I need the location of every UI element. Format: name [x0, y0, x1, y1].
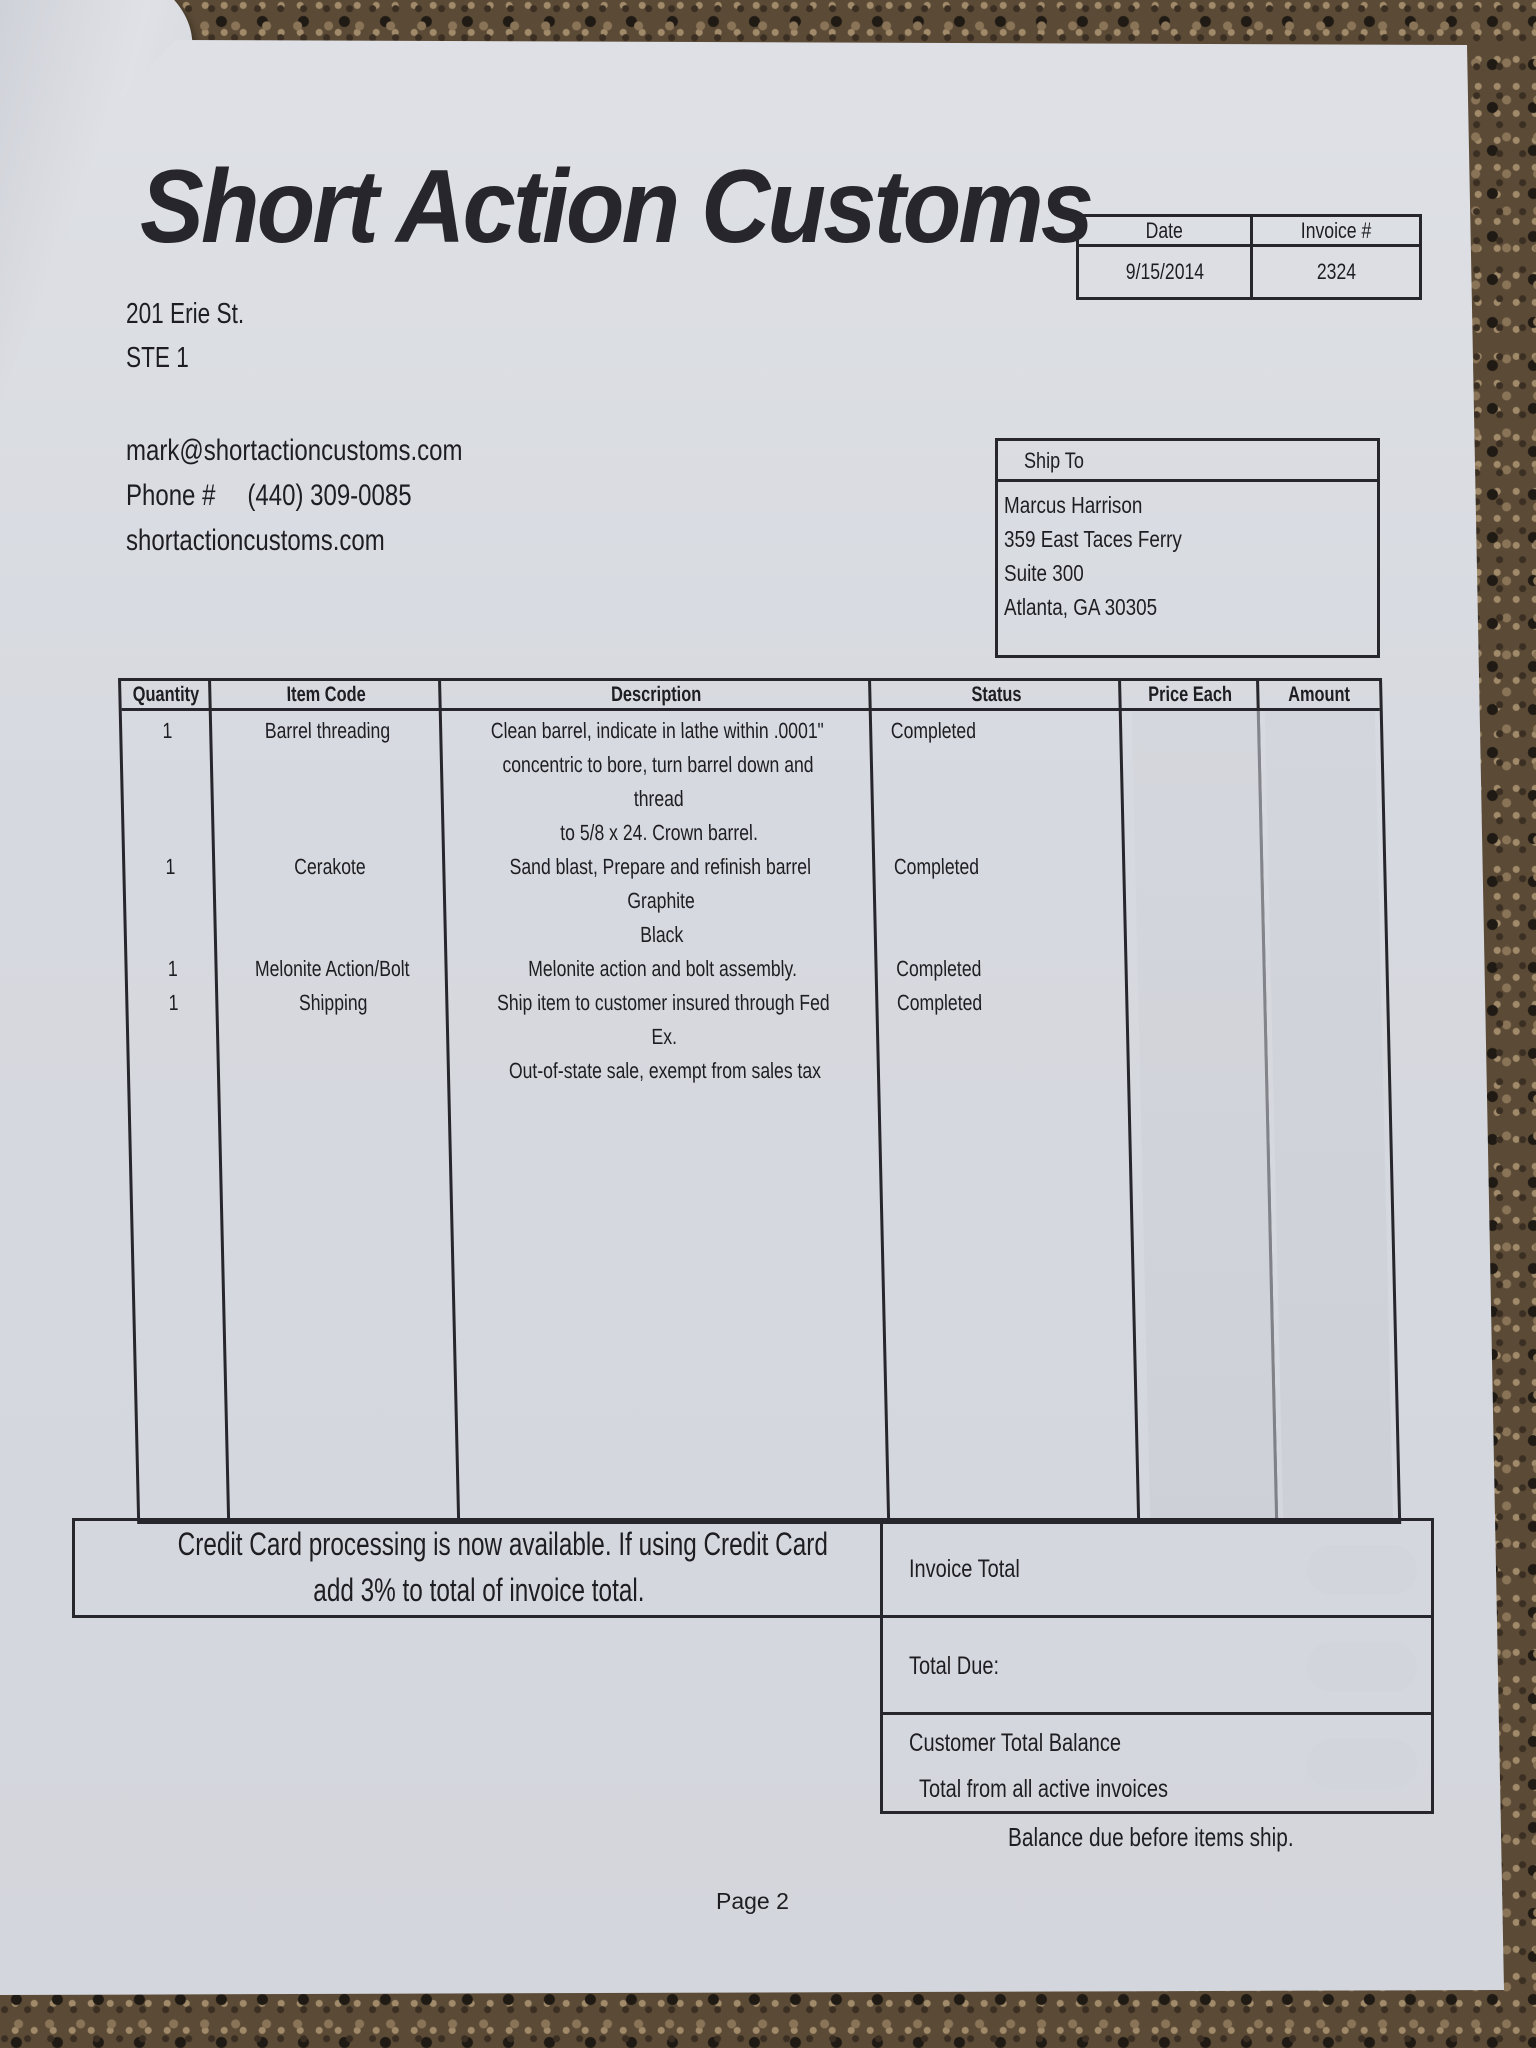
date-header: Date — [1079, 217, 1253, 247]
company-email: mark@shortactioncustoms.com — [126, 428, 462, 473]
header-amount: Amount — [1259, 681, 1380, 708]
address-line-1: 201 Erie St. — [126, 292, 244, 336]
table-row: 1 Melonite Action/Bolt Melonite action a… — [127, 952, 1386, 986]
ship-to-address: Marcus Harrison 359 East Taces Ferry Sui… — [998, 482, 1377, 624]
header-quantity: Quantity — [121, 681, 212, 708]
header-price-each: Price Each — [1121, 681, 1260, 708]
header-description: Description — [441, 681, 872, 708]
header-item-code: Item Code — [211, 681, 442, 708]
company-website: shortactioncustoms.com — [126, 518, 462, 563]
table-row: 1 Barrel threading Clean barrel, indicat… — [122, 714, 1383, 850]
totals-box: Invoice Total Total Due: Customer Total … — [880, 1518, 1434, 1814]
invoice-meta-box: Date Invoice # 9/15/2014 2324 — [1076, 214, 1422, 300]
table-rows: 1 Barrel threading Clean barrel, indicat… — [122, 714, 1388, 1088]
customer-balance-value-redacted — [1307, 1739, 1417, 1789]
table-row: 1 Cerakote Sand blast, Prepare and refin… — [125, 850, 1385, 952]
balance-due-note: Balance due before items ship. — [1008, 1822, 1294, 1853]
company-contact: mark@shortactioncustoms.com Phone #(440)… — [126, 428, 462, 563]
ship-to-line: Suite 300 — [1004, 556, 1377, 590]
company-phone-row: Phone #(440) 309-0085 — [126, 473, 462, 518]
previous-page-ghost-text: Short — [0, 0, 4, 193]
company-address: 201 Erie St. STE 1 — [126, 292, 244, 380]
invoice-total-row: Invoice Total — [883, 1521, 1431, 1618]
ship-to-line: 359 East Taces Ferry — [1004, 522, 1377, 556]
address-line-2: STE 1 — [126, 336, 244, 380]
ship-to-box: Ship To Marcus Harrison 359 East Taces F… — [995, 438, 1380, 658]
total-due-value-redacted — [1307, 1642, 1417, 1692]
phone-label: Phone # — [126, 479, 215, 512]
company-logo: Short Action Customs — [140, 148, 1091, 267]
invoice-sheet: Short Action Customs 201 Erie St. STE 1 … — [0, 0, 1536, 2048]
ship-to-header: Ship To — [998, 441, 1377, 482]
items-table: Quantity Item Code Description Status Pr… — [118, 678, 1401, 1524]
credit-card-note: Credit Card processing is now available.… — [72, 1518, 883, 1618]
customer-balance-row: Customer Total Balance Total from all ac… — [883, 1715, 1431, 1811]
ship-to-line: Marcus Harrison — [1004, 488, 1377, 522]
ship-to-line: Atlanta, GA 30305 — [1004, 590, 1377, 624]
invoice-total-value-redacted — [1307, 1545, 1417, 1595]
invoice-number-header: Invoice # — [1253, 217, 1419, 247]
invoice-date: 9/15/2014 — [1079, 247, 1253, 297]
table-row: 1 Shipping Ship item to customer insured… — [128, 986, 1388, 1088]
header-status: Status — [871, 681, 1122, 708]
table-header: Quantity Item Code Description Status Pr… — [121, 681, 1380, 711]
page-number: Page 2 — [716, 1888, 789, 1915]
invoice-number: 2324 — [1253, 247, 1419, 297]
total-due-row: Total Due: — [883, 1618, 1431, 1715]
company-phone: (440) 309-0085 — [247, 479, 411, 512]
